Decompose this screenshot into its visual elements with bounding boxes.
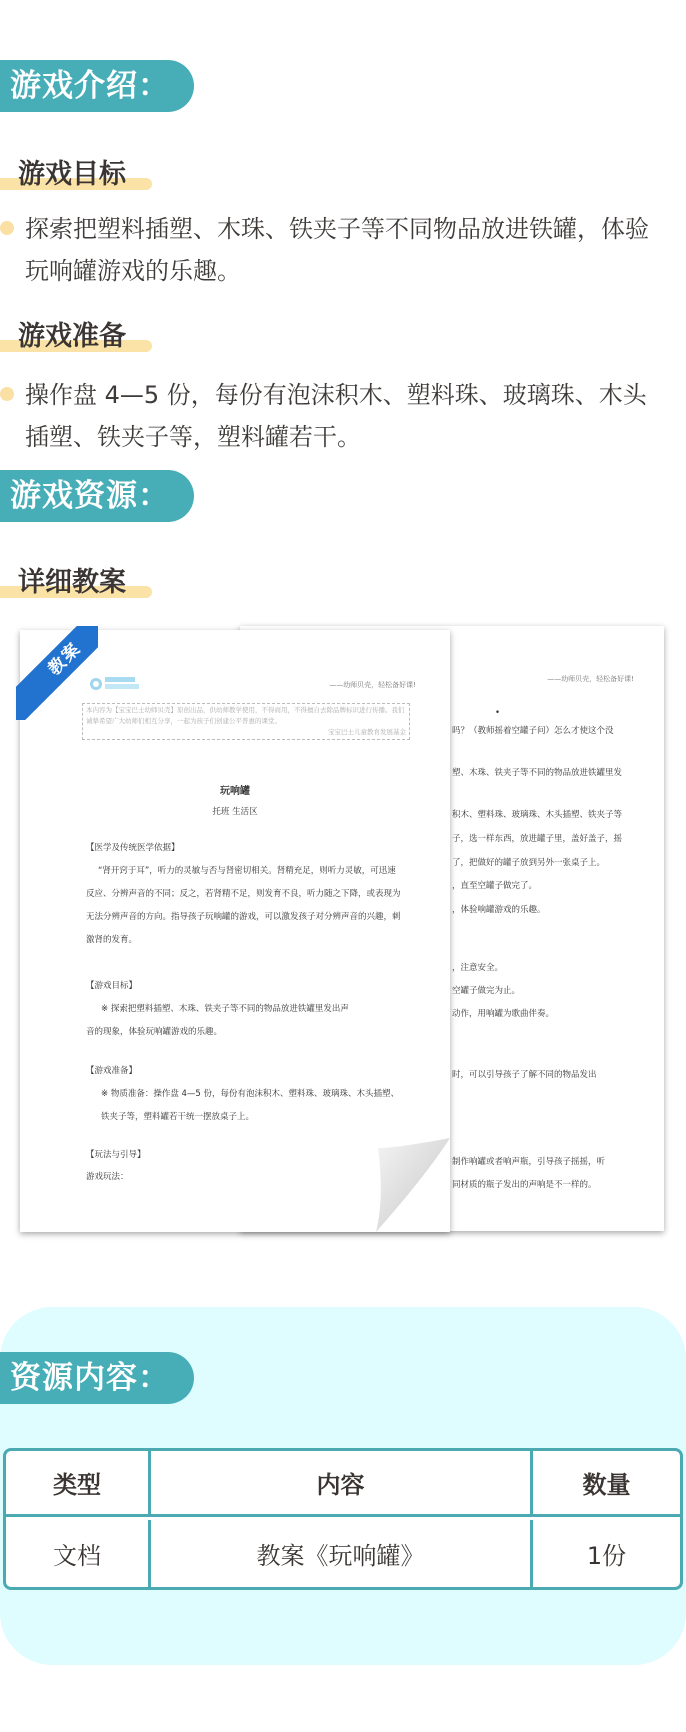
page-line: ，直至空罐子做完了。 (452, 879, 537, 891)
bullet-dot-icon (0, 221, 14, 235)
page-line: ，注意安全。 (452, 961, 503, 973)
lesson-plan-preview[interactable]: ——幼师贝壳，轻松备好课! • 吗？（教师摇着空罐子问）怎么才使这个没 塑、木珠… (0, 610, 686, 1250)
page-line: 积木、塑料珠、玻璃珠、木头插塑、铁夹子等 (452, 808, 622, 820)
document-subtitle: 托班 生活区 (20, 805, 450, 817)
prep-heading-text: 游戏准备 (18, 314, 126, 353)
page-line: 【游戏准备】 (86, 1064, 137, 1076)
page-curl-icon (376, 1138, 450, 1232)
cell-quantity: 1份 (533, 1520, 680, 1587)
page-line: ※ 探索把塑料插塑、木珠、铁夹子等不同的物品放进铁罐里发出声 (101, 1002, 349, 1014)
page-line: 反应、分辨声音的不同；反之，若肾精不足，则发育不良，听力随之下降，或表现为 (86, 887, 401, 899)
page-line: 制作响罐或者响声瓶，引导孩子摇摇，听 (452, 1155, 605, 1167)
header-type: 类型 (6, 1451, 151, 1514)
section-title-content: 资源内容： (0, 1352, 194, 1404)
section-title-intro: 游戏介绍： (0, 60, 194, 112)
resource-table: 类型 内容 数量 文档 教案《玩响罐》 1份 (3, 1448, 683, 1590)
page-line: 动作，用响罐为歌曲伴奏。 (452, 1007, 554, 1019)
page-line: 同材质的瓶子发出的声响是不一样的。 (452, 1178, 597, 1190)
bullet-dot-icon (0, 387, 14, 401)
page-slogan: ——幼师贝壳，轻松备好课! (547, 674, 634, 684)
page-line: 音的现象，体验玩响罐游戏的乐趣。 (86, 1025, 222, 1037)
page-slogan: ——幼师贝壳，轻松备好课! (329, 680, 416, 690)
page-line: 无法分辨声音的方向。指导孩子玩响罐的游戏，可以激发孩子对分辨声音的兴趣，刺 (86, 910, 401, 922)
page-line: 【玩法与引导】 (86, 1148, 146, 1160)
cell-content[interactable]: 教案《玩响罐》 (151, 1520, 533, 1587)
page-line: 激肾的发育。 (86, 933, 137, 945)
page-line: 【游戏目标】 (86, 979, 137, 991)
page-line: • (495, 708, 500, 718)
page-line: ※ 物质准备：操作盘 4—5 份，每份有泡沫积木、塑料珠、玻璃珠、木头插塑、 (101, 1087, 399, 1099)
table-row: 文档 教案《玩响罐》 1份 (6, 1520, 680, 1587)
page-line: 铁夹子等，塑料罐若干统一摆放桌子上。 (101, 1110, 254, 1122)
page-line: 空罐子做完为止。 (452, 984, 520, 996)
section-title-resources: 游戏资源： (0, 470, 194, 522)
goal-heading-text: 游戏目标 (18, 152, 126, 191)
page-line: 【医学及传统医学依据】 (86, 841, 180, 853)
page-line: 子，选一样东西，放进罐子里，盖好盖子，摇 (452, 832, 622, 844)
document-title: 玩响罐 (20, 782, 450, 797)
header-quantity: 数量 (533, 1451, 680, 1514)
page-line: 了，把做好的罐子放到另外一张桌子上。 (452, 856, 605, 868)
cell-type: 文档 (6, 1520, 151, 1587)
ribbon-label: 教案 (16, 626, 98, 720)
lesson-plan-ribbon: 教案 (16, 626, 98, 720)
lesson-plan-heading-text: 详细教案 (18, 560, 126, 599)
goal-text: 探索把塑料插塑、木珠、铁夹子等不同物品放进铁罐，体验玩响罐游戏的乐趣。 (25, 208, 670, 292)
page-line: ，体验响罐游戏的乐趣。 (452, 903, 546, 915)
notice-text: 本内容为【宝宝巴士幼师贝壳】原创出品，供幼师教学使用，不得商用，不得擅自去除品牌… (86, 706, 405, 725)
table-header-row: 类型 内容 数量 (6, 1451, 680, 1517)
page-line: 时，可以引导孩子了解不同的物品发出 (452, 1068, 597, 1080)
copyright-notice: 本内容为【宝宝巴士幼师贝壳】原创出品，供幼师教学使用，不得商用，不得擅自去除品牌… (82, 703, 410, 740)
prep-text: 操作盘 4—5 份，每份有泡沫积木、塑料珠、玻璃珠、木头插塑、铁夹子等，塑料罐若… (25, 374, 670, 458)
page-line: 游戏玩法： (86, 1170, 129, 1182)
notice-signature: 宝宝巴士儿童教育发展基金 (328, 727, 406, 738)
header-content: 内容 (151, 1451, 533, 1514)
page-line: 吗？（教师摇着空罐子问）怎么才使这个没 (452, 724, 614, 736)
page-line: “肾开窍于耳”，听力的灵敏与否与肾密切相关。肾精充足，则听力灵敏，可迅速 (98, 864, 396, 876)
page-line: 塑、木珠、铁夹子等不同的物品放进铁罐里发 (452, 766, 622, 778)
